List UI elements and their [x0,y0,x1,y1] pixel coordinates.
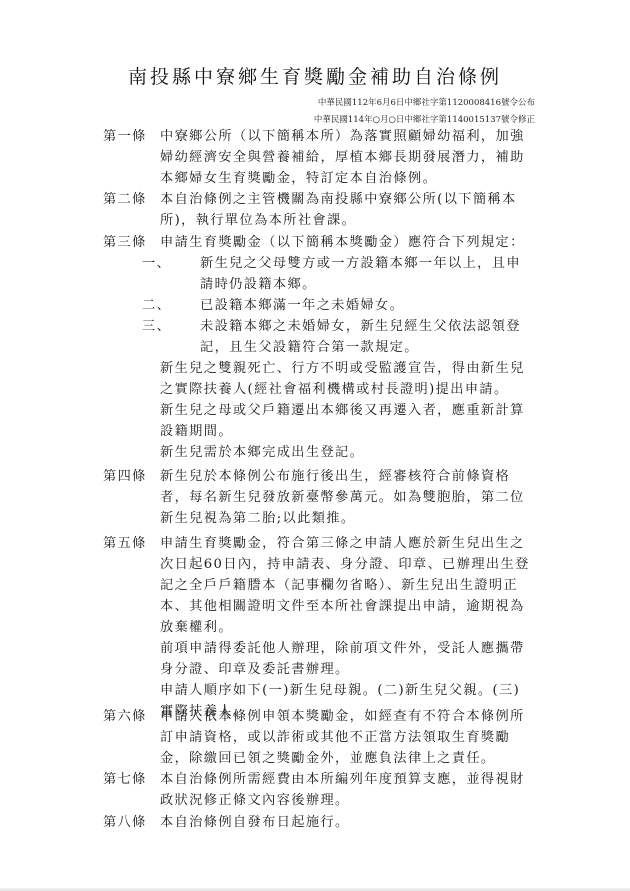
article-paragraph: 申請人依本條例申領本獎勵金，如經查有不符合本條例所訂申請資格，或以詐術或其他不正… [160,706,533,769]
article-6: 第六條 申請人依本條例申領本獎勵金，如經查有不符合本條例所訂申請資格，或以詐術或… [103,706,533,769]
item-number: 三、 [142,316,192,337]
list-item: 二、 已設籍本鄉滿一年之未婚婦女。 [160,295,533,316]
promulgation-line-1: 中華民國112年6月6日中鄉社字第1120008416號令公布 [318,96,535,108]
article-paragraph: 新生兒需於本鄉完成出生登記。 [160,442,533,463]
document-title: 南投縣中寮鄉生育獎勵金補助自治條例 [0,62,630,89]
item-number: 二、 [142,295,192,316]
article-7: 第七條 本自治條例所需經費由本所編列年度預算支應，並得視財政狀況修正條文內容後辦… [103,769,533,811]
article-label: 第八條 [103,812,159,833]
article-1: 第一條 中寮鄉公所（以下簡稱本所）為落實照顧婦幼福利，加強婦幼經濟安全與營養補給… [103,126,533,189]
article-paragraph: 申請生育獎勵金，符合第三條之申請人應於新生兒出生之次日起60日內，持申請表、身分… [160,533,533,638]
article-paragraph: 本自治條例之主管機關為南投縣中寮鄉公所(以下簡稱本所)，執行單位為本所社會課。 [160,189,533,231]
article-5: 第五條 申請生育獎勵金，符合第三條之申請人應於新生兒出生之次日起60日內，持申請… [103,533,533,722]
article-paragraph: 新生兒於本條例公布施行後出生，經審核符合前條資格者，每名新生兒發放新臺幣參萬元。… [160,466,533,529]
article-paragraph: 本自治條例自發布日起施行。 [160,812,533,833]
list-item: 一、 新生兒之父母雙方或一方設籍本鄉一年以上，且申請時仍設籍本鄉。 [160,253,533,295]
article-label: 第二條 [103,189,159,210]
article-label: 第五條 [103,533,159,554]
document-page: 南投縣中寮鄉生育獎勵金補助自治條例 中華民國112年6月6日中鄉社字第11200… [0,0,630,891]
list-item: 三、 未設籍本鄉之未婚婦女，新生兒經生父依法認領登記，且生父設籍符合第一款規定。 [160,316,533,358]
article-paragraph: 新生兒之母或父戶籍遷出本鄉後又再遷入者，應重新計算設籍期間。 [160,400,533,442]
article-paragraph: 中寮鄉公所（以下簡稱本所）為落實照顧婦幼福利，加強婦幼經濟安全與營養補給，厚植本… [160,126,533,189]
promulgation-line-2: 中華民國114年○月○日中鄉社字第1140015137號令修正 [314,113,535,125]
article-paragraph: 本自治條例所需經費由本所編列年度預算支應，並得視財政狀況修正條文內容後辦理。 [160,769,533,811]
article-label: 第七條 [103,769,159,790]
article-8: 第八條 本自治條例自發布日起施行。 [103,812,533,833]
article-4: 第四條 新生兒於本條例公布施行後出生，經審核符合前條資格者，每名新生兒發放新臺幣… [103,466,533,529]
article-2: 第二條 本自治條例之主管機關為南投縣中寮鄉公所(以下簡稱本所)，執行單位為本所社… [103,189,533,231]
article-label: 第四條 [103,466,159,487]
article-label: 第三條 [103,232,159,253]
article-label: 第六條 [103,706,159,727]
item-text: 未設籍本鄉之未婚婦女，新生兒經生父依法認領登記，且生父設籍符合第一款規定。 [200,319,521,355]
item-text: 已設籍本鄉滿一年之未婚婦女。 [200,298,404,313]
item-text: 新生兒之父母雙方或一方設籍本鄉一年以上，且申請時仍設籍本鄉。 [200,256,521,292]
article-label: 第一條 [103,126,159,147]
article-paragraph: 新生兒之雙親死亡、行方不明或受監護宣告，得由新生兒之實際扶養人(經社會福利機構或… [160,358,533,400]
article-paragraph: 前項申請得委託他人辦理，除前項文件外，受託人應攜帶身分證、印章及委託書辦理。 [160,638,533,680]
article-3: 第三條 申請生育獎勵金（以下簡稱本獎勵金）應符合下列規定： 一、 新生兒之父母雙… [103,232,533,463]
item-number: 一、 [142,253,192,274]
article-intro: 申請生育獎勵金（以下簡稱本獎勵金）應符合下列規定： [160,232,533,253]
